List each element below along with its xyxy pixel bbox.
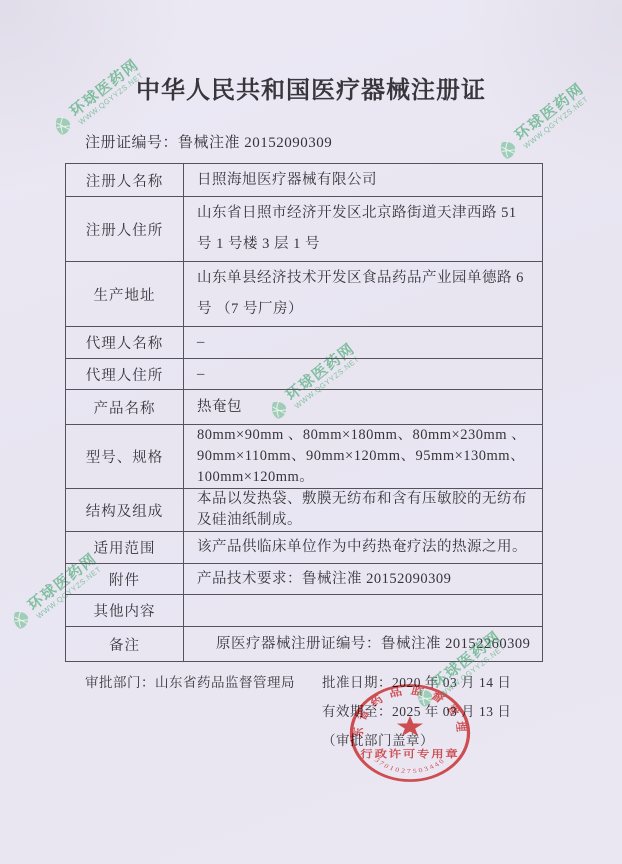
row-label: 注册人名称 <box>66 164 184 196</box>
row-label: 注册人住所 <box>66 197 184 261</box>
certificate-number-value: 鲁械注准 20152090309 <box>178 135 332 151</box>
row-label: 结构及组成 <box>66 489 184 531</box>
row-label: 适用范围 <box>66 532 184 563</box>
seal-star-icon <box>397 716 423 736</box>
row-label: 代理人住所 <box>66 359 184 389</box>
table-row: 其他内容 <box>66 594 542 626</box>
leaf-logo-icon <box>46 109 80 143</box>
official-seal-stamp: 山东省药品监督管理局 行政许可专用章 3701027503440 <box>346 681 474 785</box>
row-value: 该产品供临床单位作为中药热奄疗法的热源之用。 <box>184 532 542 563</box>
table-row: 备注 原医疗器械注册证编号：鲁械注准 20152260309 <box>66 626 542 661</box>
row-label: 代理人名称 <box>66 327 184 358</box>
table-row: 注册人住所 山东省日照市经济开发区北京路街道天津西路 51 号 1 号楼 3 层… <box>66 196 542 261</box>
seal-title-text: 行政许可专用章 <box>360 748 459 760</box>
table-row: 适用范围 该产品供临床单位作为中药热奄疗法的热源之用。 <box>66 531 542 563</box>
row-value: 日照海旭医疗器械有限公司 <box>184 164 542 196</box>
registration-info-table: 注册人名称 日照海旭医疗器械有限公司 注册人住所 山东省日照市经济开发区北京路街… <box>65 163 543 662</box>
row-value: – <box>184 327 542 358</box>
row-label: 型号、规格 <box>66 425 184 488</box>
row-value: 山东单县经济技术开发区食品药品产业园单德路 6 号 （7 号厂房） <box>184 262 542 326</box>
approval-department: 审批部门：山东省药品监督管理局 <box>85 671 295 691</box>
row-label: 产品名称 <box>66 390 184 424</box>
row-value: 原医疗器械注册证编号：鲁械注准 20152260309 <box>184 627 542 661</box>
row-value: 热奄包 <box>184 390 542 424</box>
table-row: 型号、规格 80mm×90mm 、80mm×180mm、80mm×230mm 、… <box>66 424 542 488</box>
row-value: – <box>184 359 542 389</box>
row-value: 山东省日照市经济开发区北京路街道天津西路 51 号 1 号楼 3 层 1 号 <box>184 197 542 261</box>
table-row: 注册人名称 日照海旭医疗器械有限公司 <box>66 164 542 196</box>
table-row: 附件 产品技术要求：鲁械注准 20152090309 <box>66 563 542 594</box>
row-label: 其他内容 <box>66 595 184 626</box>
row-label: 生产地址 <box>66 262 184 326</box>
certificate-number-line: 注册证编号：鲁械注准 20152090309 <box>85 131 332 152</box>
table-row: 代理人名称 – <box>66 326 542 358</box>
row-label: 备注 <box>66 627 184 661</box>
row-value: 本品以发热袋、敷膜无纺布和含有压敏胶的无纺布及硅油纸制成。 <box>184 489 542 531</box>
certificate-page: 环球医药网 WWW.QGYYZS.NET 环球医药网 WWW.QGYYZS.NE… <box>0 0 622 864</box>
table-row: 产品名称 热奄包 <box>66 389 542 424</box>
certificate-number-label: 注册证编号： <box>85 135 178 151</box>
leaf-logo-icon <box>4 603 38 637</box>
row-label: 附件 <box>66 564 184 594</box>
table-row: 生产地址 山东单县经济技术开发区食品药品产业园单德路 6 号 （7 号厂房） <box>66 261 542 326</box>
row-value <box>184 595 542 626</box>
row-value: 产品技术要求：鲁械注准 20152090309 <box>184 564 542 594</box>
table-row: 结构及组成 本品以发热袋、敷膜无纺布和含有压敏胶的无纺布及硅油纸制成。 <box>66 488 542 531</box>
page-title: 中华人民共和国医疗器械注册证 <box>0 70 622 105</box>
row-value: 80mm×90mm 、80mm×180mm、80mm×230mm 、90mm×1… <box>184 425 542 488</box>
table-row: 代理人住所 – <box>66 358 542 389</box>
